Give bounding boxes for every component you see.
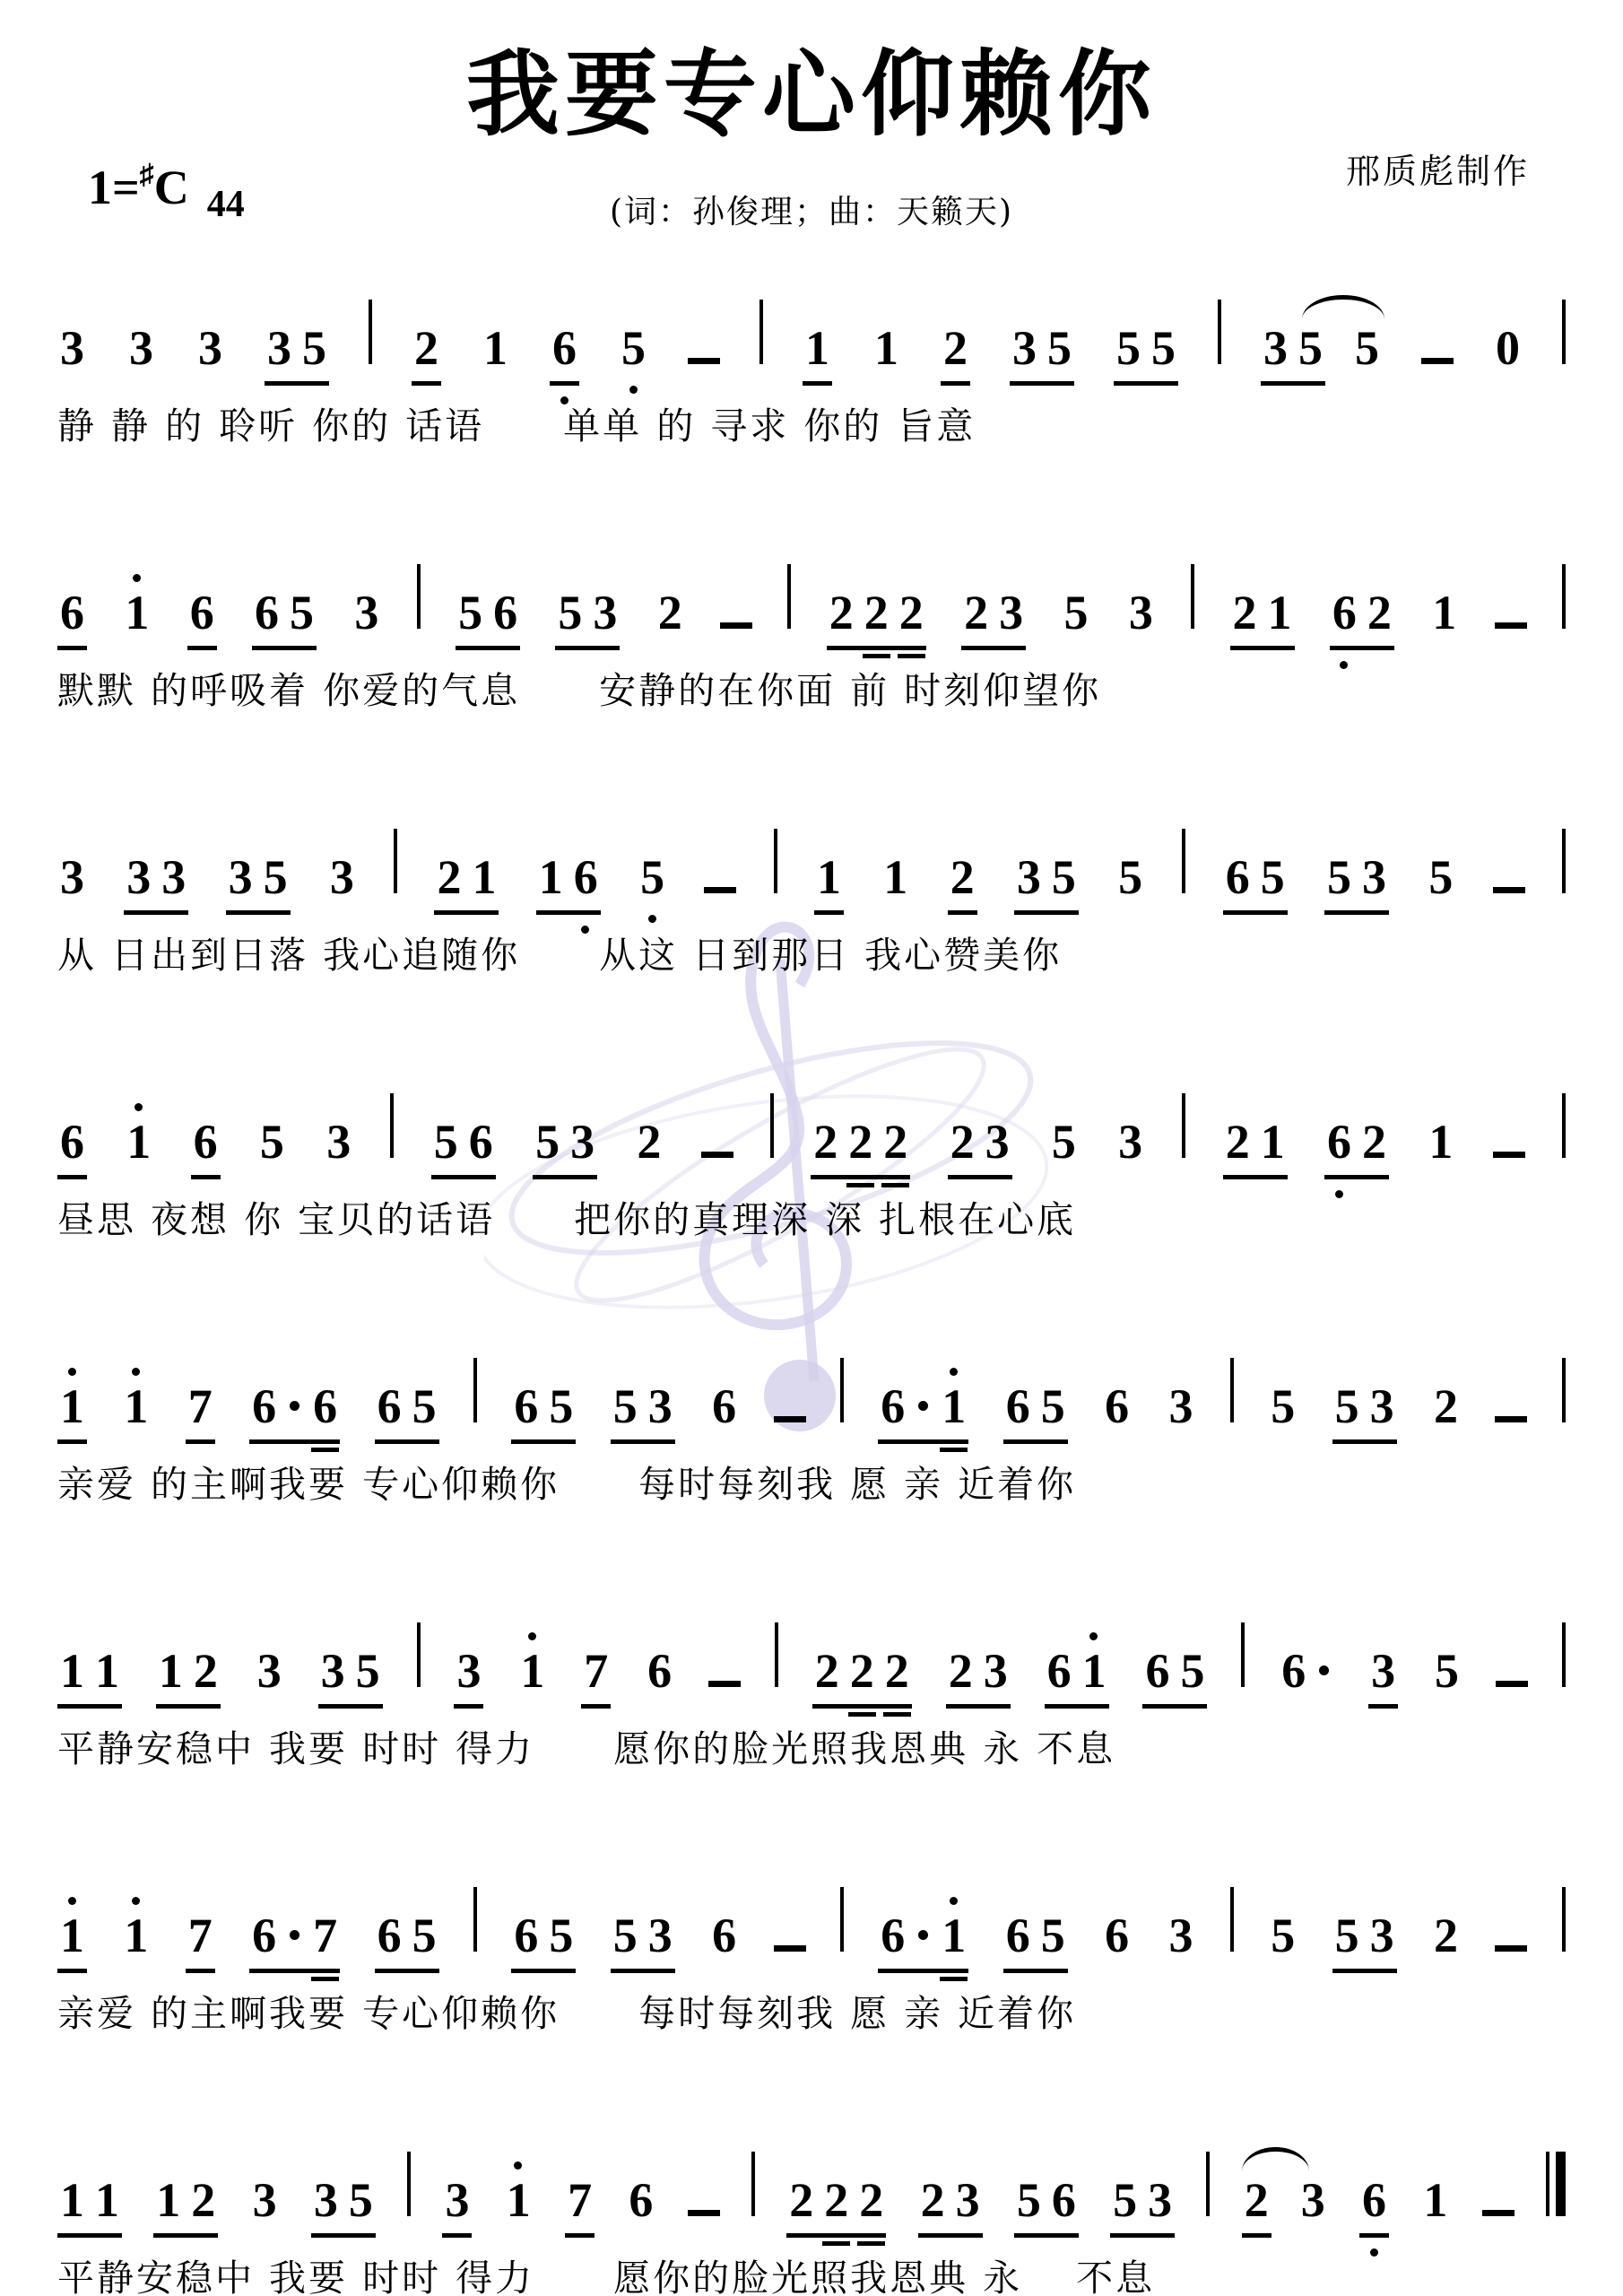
- barline: [775, 1622, 778, 1687]
- note: 5: [1047, 324, 1072, 372]
- note-group: 2: [1242, 2176, 1271, 2238]
- barline: [1182, 1093, 1185, 1158]
- tie-slur: 23: [1242, 2176, 1328, 2238]
- note-group: 62: [1324, 1118, 1389, 1179]
- note-group: 1: [1429, 588, 1459, 646]
- note-group: 21: [1223, 1118, 1288, 1179]
- credits: (词：孙俊理；曲：天籁天): [0, 187, 1623, 232]
- note: 6: [514, 1911, 538, 1960]
- note: 7: [584, 1647, 608, 1695]
- note-group: 222: [811, 1118, 910, 1179]
- barline: [1218, 300, 1221, 364]
- note: 5: [1335, 1382, 1359, 1431]
- barline: [1206, 2152, 1210, 2216]
- note-group: 3: [57, 853, 87, 910]
- note-group: 222: [786, 2176, 886, 2238]
- note: 6: [1006, 1382, 1030, 1431]
- note-group: 23: [918, 2176, 983, 2238]
- note: 1: [1423, 2176, 1447, 2224]
- note-group: 1: [481, 324, 510, 381]
- note: 3: [1118, 1118, 1142, 1166]
- dash-extension: [1493, 887, 1525, 893]
- note-group: 3: [454, 1647, 483, 1709]
- note-group: 2: [1431, 1911, 1461, 1969]
- note: 6: [1105, 1911, 1129, 1960]
- sixteenth-underline: [848, 1712, 876, 1717]
- note: 2: [883, 1118, 907, 1166]
- note: 5: [260, 1118, 284, 1166]
- note: 5: [356, 1647, 380, 1695]
- note-group: 3: [126, 324, 156, 381]
- note: 2: [885, 1647, 909, 1695]
- note-group: 6: [709, 1911, 739, 1969]
- header: 我要专心仰赖你 1=♯C44 (词：孙俊理；曲：天籁天) 邢质彪制作: [0, 41, 1623, 269]
- barline: [774, 829, 777, 893]
- music-line-7: 1176765655366165635532亲爱 的主啊我要 专心仰赖你 每时每…: [0, 1857, 1623, 2037]
- music-line-1: 33335216511235553550静 静 的 聆听 你的 话语 单单 的 …: [0, 269, 1623, 449]
- note: 5: [1017, 2176, 1041, 2224]
- note-group: 1: [814, 853, 844, 915]
- note: 2: [850, 1647, 874, 1695]
- note: 2: [789, 2176, 813, 2224]
- note: 5: [1298, 324, 1323, 372]
- note: 6: [1006, 1911, 1030, 1960]
- note-group: 1: [122, 588, 152, 646]
- note: 6: [514, 1382, 538, 1431]
- note-group: 65: [375, 1911, 439, 1973]
- note-group: 65: [1223, 853, 1288, 915]
- note-group: 6: [626, 2176, 655, 2233]
- octave-dot-high: [132, 1368, 140, 1376]
- note: 1: [817, 853, 841, 901]
- note: 3: [60, 324, 84, 372]
- octave-dot-high: [135, 1103, 143, 1111]
- music-line-2: 61665356532222235321621默默 的呼吸着 你爱的气息 安静的…: [0, 534, 1623, 714]
- note: 1: [805, 324, 829, 372]
- octave-dot-low: [1335, 1190, 1343, 1198]
- note-group: 16: [536, 853, 601, 915]
- lyric-row: 亲爱 的主啊我要 专心仰赖你 每时每刻我 愿 亲 近着你: [0, 1984, 1623, 2037]
- note: 3: [326, 1118, 351, 1166]
- barline: [1562, 564, 1566, 629]
- note-group: 5: [1268, 1911, 1298, 1969]
- dash-extension: [1496, 1681, 1528, 1687]
- note: 2: [943, 324, 968, 372]
- note-group: 2: [1431, 1382, 1461, 1439]
- barline: [840, 1358, 844, 1422]
- note: 5: [412, 1382, 437, 1431]
- note-group: 5: [257, 1118, 287, 1175]
- note: 1: [520, 1647, 544, 1695]
- barline: [394, 829, 397, 893]
- note: 1: [124, 1382, 148, 1431]
- note-group: 23: [961, 588, 1026, 650]
- note: 2: [921, 2176, 945, 2224]
- note-group: 6: [57, 588, 87, 650]
- note-group: 2: [655, 588, 685, 646]
- note: 6: [469, 1118, 493, 1166]
- note-row: 61665356532222235321621: [0, 534, 1623, 650]
- augmentation-dot: [290, 1401, 299, 1411]
- note-group: 12: [156, 1647, 221, 1709]
- note: 3: [229, 853, 253, 901]
- octave-dot-high: [133, 574, 141, 582]
- note: 7: [188, 1382, 213, 1431]
- note-group: 222: [827, 588, 926, 650]
- note-group: 65: [375, 1382, 439, 1444]
- note-group: 5: [1061, 588, 1090, 646]
- note: 5: [349, 2176, 373, 2224]
- note: 3: [257, 1647, 282, 1695]
- note-group: 56: [431, 1118, 496, 1179]
- note-group: 53: [1110, 2176, 1175, 2238]
- note: 3: [985, 1118, 1010, 1166]
- lyric-row: 平静安稳中 我要 时时 得力 愿你的脸光照我恩典 永 不息: [0, 2248, 1623, 2296]
- note: 6: [313, 1382, 337, 1431]
- note-group: 5: [1115, 853, 1145, 910]
- note: 6: [255, 588, 279, 637]
- note: 2: [824, 2176, 848, 2224]
- augmentation-dot: [918, 1930, 928, 1940]
- note-group: 65: [1003, 1382, 1068, 1444]
- note: 2: [1367, 588, 1392, 637]
- note-group: 12: [153, 2176, 218, 2238]
- note: 1: [156, 2176, 180, 2224]
- note: 2: [813, 1118, 838, 1166]
- barline: [751, 2152, 755, 2216]
- barline: [407, 2152, 411, 2216]
- dash-extension: [704, 887, 736, 893]
- dash-extension: [1495, 1416, 1527, 1422]
- note: 3: [1370, 1382, 1394, 1431]
- augmentation-dot: [290, 1930, 299, 1940]
- note-group: 7: [581, 1647, 611, 1709]
- note-group: 56: [1014, 2176, 1079, 2238]
- note: 5: [1151, 324, 1176, 372]
- barline: [1182, 829, 1185, 893]
- note-group: 23: [946, 1647, 1011, 1709]
- note: 3: [999, 588, 1023, 637]
- note: 5: [1113, 2176, 1137, 2224]
- note-row: 1176665655366165635532: [0, 1327, 1623, 1444]
- note: 3: [648, 1382, 673, 1431]
- note-group: 5: [638, 853, 667, 910]
- notation: 33335216511235553550静 静 的 聆听 你的 话语 单单 的 …: [0, 269, 1623, 2296]
- note: 1: [472, 853, 496, 901]
- note-group: 3: [327, 853, 357, 910]
- dash-extension: [774, 1416, 806, 1422]
- note-group: 35: [265, 324, 329, 386]
- octave-dot-high: [528, 1632, 536, 1640]
- key-row: 1=♯C44 (词：孙俊理；曲：天籁天) 邢质彪制作: [0, 154, 1623, 269]
- note: 6: [712, 1911, 736, 1960]
- note-group: 65: [1142, 1647, 1207, 1709]
- note-group: 3: [1166, 1911, 1195, 1969]
- note: 3: [267, 324, 291, 372]
- note: 1: [60, 1911, 84, 1960]
- note-group: 5: [1426, 853, 1455, 910]
- note: 5: [302, 324, 326, 372]
- dash-extension: [708, 1681, 741, 1687]
- note: 5: [549, 1911, 573, 1960]
- note: 3: [129, 324, 153, 372]
- barline: [770, 1093, 774, 1158]
- note: 5: [621, 324, 646, 372]
- dash-extension: [1493, 1152, 1525, 1158]
- note-group: 21: [1230, 588, 1295, 650]
- note: 5: [1052, 1118, 1076, 1166]
- note-group: 56: [456, 588, 520, 650]
- note-group: 1: [124, 1118, 153, 1175]
- sixteenth-underline: [311, 1977, 339, 1981]
- note: 5: [1180, 1647, 1204, 1695]
- note: 6: [647, 1647, 672, 1695]
- note: 6: [252, 1382, 276, 1431]
- note-group: 35: [1014, 853, 1079, 915]
- dash-extension: [1421, 358, 1454, 364]
- music-line-4: 6165356532222235321621昼思 夜想 你 宝贝的话语 把你的真…: [0, 1063, 1623, 1243]
- note-group: 53: [611, 1911, 675, 1973]
- sixteenth-underline: [881, 1183, 909, 1187]
- note: 2: [848, 1118, 872, 1166]
- note-group: 66: [249, 1382, 340, 1444]
- dash-extension: [1495, 1945, 1527, 1952]
- note-group: 35: [1261, 324, 1325, 386]
- note-group: 2: [634, 1118, 664, 1175]
- augmentation-dot: [1319, 1665, 1329, 1675]
- tie-slur: 355: [1261, 324, 1382, 386]
- lyric-row: 亲爱 的主啊我要 专心仰赖你 每时每刻我 愿 亲 近着你: [0, 1455, 1623, 1508]
- note: 1: [95, 2176, 119, 2224]
- note: 5: [1041, 1911, 1065, 1960]
- note: 3: [1168, 1911, 1193, 1960]
- octave-dot-low: [581, 926, 589, 934]
- sixteenth-underline: [857, 2241, 885, 2246]
- note-group: 11: [57, 1647, 122, 1709]
- note-group: 1: [517, 1647, 547, 1704]
- note-group: 3: [195, 324, 225, 381]
- note: 5: [1327, 853, 1351, 901]
- barline: [1562, 1093, 1566, 1158]
- sheet-music-page: { "header": { "title": "我要专心仰赖你", "key_p…: [0, 0, 1623, 2296]
- note: 2: [899, 588, 924, 637]
- note-group: 3: [255, 1647, 284, 1704]
- note: 6: [629, 2176, 653, 2224]
- note: 5: [1116, 324, 1141, 372]
- barline: [1562, 300, 1566, 364]
- note: 3: [314, 2176, 338, 2224]
- note: 2: [815, 1647, 839, 1695]
- sixteenth-underline: [898, 654, 925, 658]
- note-group: 5: [1268, 1382, 1298, 1439]
- note: 6: [574, 853, 598, 901]
- sixteenth-underline: [883, 1712, 911, 1717]
- note: 3: [1370, 1911, 1394, 1960]
- note: 2: [1434, 1911, 1458, 1960]
- note: 2: [437, 853, 461, 901]
- note-group: 11: [57, 2176, 122, 2238]
- barline: [787, 564, 791, 629]
- note-group: 67: [249, 1911, 340, 1973]
- note-group: 7: [186, 1911, 215, 1973]
- note: 6: [378, 1382, 402, 1431]
- octave-dot-high: [68, 1897, 76, 1905]
- note-row: 11123353176222236165635: [0, 1592, 1623, 1709]
- note: 3: [1371, 1647, 1395, 1695]
- note: 5: [1052, 853, 1076, 901]
- barline: [840, 1887, 844, 1952]
- final-barline: [1546, 2152, 1566, 2216]
- note-group: 1: [881, 853, 910, 910]
- note: 2: [191, 2176, 215, 2224]
- note-group: 3: [1368, 1647, 1398, 1709]
- lyric-row: 平静安稳中 我要 时时 得力 愿你的脸光照我恩典 永 不息: [0, 1719, 1623, 1772]
- note-group: 7: [186, 1382, 215, 1444]
- note: 0: [1496, 324, 1520, 372]
- note: 2: [950, 1118, 975, 1166]
- barline: [1562, 1622, 1566, 1687]
- note-group: 53: [1324, 853, 1389, 915]
- barline: [473, 1358, 477, 1422]
- note: 3: [1017, 853, 1041, 901]
- note-group: 5: [1432, 1647, 1462, 1704]
- note: 1: [483, 324, 508, 372]
- barline: [417, 1622, 421, 1687]
- lyric-row: 从 日出到日落 我心追随你 从这 日到那日 我心赞美你: [0, 926, 1623, 978]
- lyric-row: 静 静 的 聆听 你的 话语 单单 的 寻求 你的 旨意: [0, 396, 1623, 449]
- note-row: 33335216511235553550: [0, 269, 1623, 386]
- barline: [390, 1093, 394, 1158]
- note: 1: [60, 1647, 84, 1695]
- note-group: 6: [1102, 1382, 1132, 1439]
- note: 1: [507, 2176, 531, 2224]
- barline: [473, 1887, 477, 1952]
- note-group: 1: [872, 324, 901, 381]
- note: 1: [942, 1911, 966, 1960]
- note-group: 3: [1166, 1382, 1195, 1439]
- note-group: 3: [1298, 2176, 1328, 2233]
- note-group: 3: [442, 2176, 472, 2238]
- sixteenth-underline: [940, 1448, 968, 1452]
- note: 6: [1281, 1647, 1306, 1695]
- note: 6: [1047, 1647, 1072, 1695]
- note: 6: [1052, 2176, 1076, 2224]
- barline: [1562, 829, 1566, 893]
- note-group: 55: [1114, 324, 1178, 386]
- note-group: 6: [191, 1118, 221, 1179]
- note: 5: [1435, 1647, 1459, 1695]
- note-group: 33: [124, 853, 188, 915]
- note-group: 62: [1330, 588, 1394, 650]
- note-group: 3: [57, 324, 87, 381]
- octave-dot-high: [68, 1368, 76, 1376]
- note-group: 222: [812, 1647, 912, 1709]
- octave-dot-low: [1340, 661, 1348, 669]
- note: 2: [1434, 1382, 1458, 1431]
- note: 6: [712, 1382, 736, 1431]
- note: 6: [552, 324, 577, 372]
- note-group: 3: [352, 588, 381, 646]
- dash-extension: [1482, 2210, 1515, 2216]
- note: 2: [829, 588, 854, 637]
- note-group: 6: [57, 1118, 87, 1179]
- note: 1: [883, 853, 907, 901]
- note: 3: [253, 2176, 277, 2224]
- note-group: 35: [311, 2176, 376, 2238]
- note: 3: [1263, 324, 1288, 372]
- note: 5: [264, 853, 288, 901]
- note-group: 53: [533, 1118, 597, 1179]
- note: 2: [658, 588, 682, 637]
- octave-dot-low: [648, 915, 656, 923]
- note: 5: [535, 1118, 560, 1166]
- note-group: 1: [1420, 2176, 1450, 2233]
- note: 3: [456, 1647, 481, 1695]
- dash-extension: [774, 1945, 806, 1952]
- note-group: 5: [619, 324, 648, 381]
- note: 3: [330, 853, 354, 901]
- note: 2: [1226, 1118, 1250, 1166]
- note: 6: [60, 1118, 84, 1166]
- note: 6: [1327, 1118, 1351, 1166]
- note-row: 6165356532222235321621: [0, 1063, 1623, 1179]
- note: 2: [950, 853, 975, 901]
- note: 3: [1362, 853, 1386, 901]
- note: 1: [124, 1911, 148, 1960]
- music-line-5: 1176665655366165635532亲爱 的主啊我要 专心仰赖你 每时每…: [0, 1327, 1623, 1508]
- note-group: 61: [878, 1911, 968, 1973]
- note: 3: [60, 853, 84, 901]
- barline: [1241, 1622, 1245, 1687]
- note: 2: [864, 588, 889, 637]
- note: 3: [321, 1647, 345, 1695]
- barline: [1230, 1358, 1234, 1422]
- note: 6: [881, 1382, 905, 1431]
- note: 1: [942, 1382, 966, 1431]
- note: 1: [95, 1647, 119, 1695]
- note: 3: [570, 1118, 595, 1166]
- note-group: 1: [121, 1382, 151, 1439]
- note-group: 53: [555, 588, 620, 650]
- note-group: 3: [324, 1118, 353, 1175]
- note-group: 35: [226, 853, 291, 915]
- barline: [417, 564, 421, 629]
- note-row: 111233531762222356532361: [0, 2121, 1623, 2238]
- note: 3: [198, 324, 222, 372]
- note: 5: [1041, 1382, 1065, 1431]
- barline: [1562, 1358, 1566, 1422]
- note: 7: [313, 1911, 337, 1960]
- note: 6: [881, 1911, 905, 1960]
- sixteenth-underline: [822, 2241, 850, 2246]
- note-group: 23: [948, 1118, 1012, 1179]
- sixteenth-underline: [940, 1977, 968, 1981]
- note: 6: [252, 1911, 276, 1960]
- sharp-icon: ♯: [140, 158, 154, 190]
- barline: [1230, 1887, 1234, 1952]
- note: 3: [984, 1647, 1008, 1695]
- note: 5: [1063, 588, 1088, 637]
- note-group: 2: [948, 853, 977, 915]
- note-group: 35: [318, 1647, 383, 1709]
- note: 3: [126, 853, 151, 901]
- note: 6: [378, 1911, 402, 1960]
- note: 1: [539, 853, 563, 901]
- note-group: 65: [252, 588, 317, 650]
- note: 3: [1148, 2176, 1172, 2224]
- note: 5: [613, 1911, 638, 1960]
- note-group: 6: [550, 324, 579, 386]
